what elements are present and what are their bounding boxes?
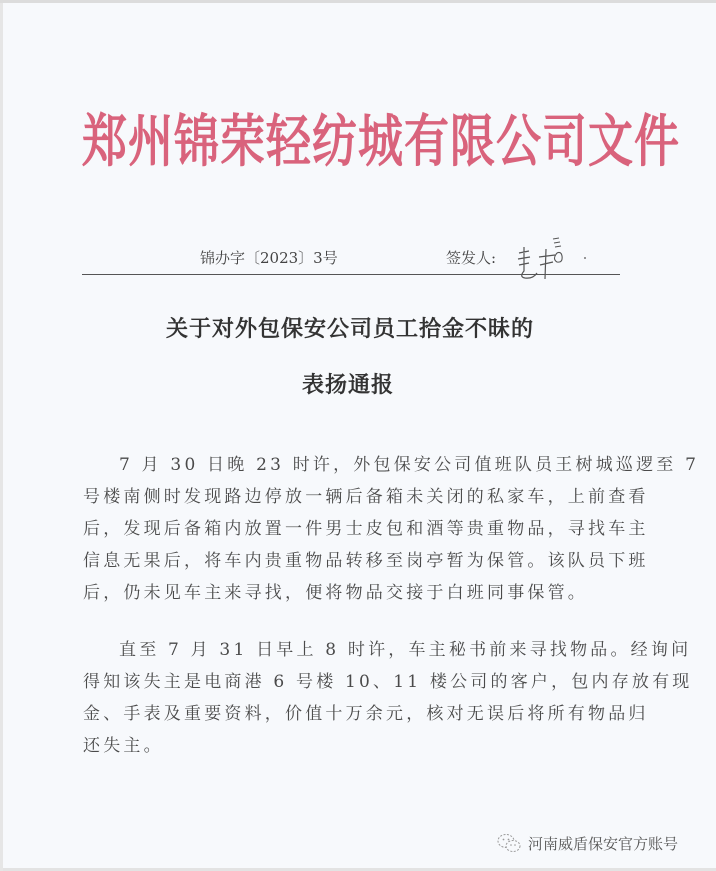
page-edge bbox=[0, 3, 3, 871]
paragraph-line: 得知该失主是电商港 6 号楼 10、11 楼公司的客户，包内存放有现 bbox=[83, 666, 623, 698]
document-title-line-1: 关于对外包保安公司员工拾金不昧的 bbox=[0, 312, 708, 343]
body-paragraph-1: 7 月 30 日晚 23 时许，外包保安公司值班队员王树城巡逻至 7 号楼南侧时… bbox=[83, 449, 623, 609]
document-header-title: 郑州锦荣轻纺城有限公司文件 bbox=[82, 109, 642, 174]
body-paragraph-2: 直至 7 月 31 日早上 8 时许，车主秘书前来寻找物品。经询问 得知该失主是… bbox=[83, 634, 623, 762]
wechat-watermark: 河南威盾保安官方账号 bbox=[496, 832, 678, 854]
paragraph-line: 后，仍未见车主来寻找，便将物品交接于白班同事保管。 bbox=[83, 577, 623, 609]
paragraph-line: 后，发现后备箱内放置一件男士皮包和酒等贵重物品，寻找车主 bbox=[83, 513, 623, 545]
paragraph-line: 金、手表及重要资料，价值十万余元，核对无误后将所有物品归 bbox=[83, 698, 623, 730]
paragraph-line: 号楼南侧时发现路边停放一辆后备箱未关闭的私家车，上前查看 bbox=[83, 481, 623, 513]
signature-dot bbox=[584, 257, 586, 259]
paragraph-line: 还失主。 bbox=[83, 730, 623, 762]
paragraph-line: 直至 7 月 31 日早上 8 时许，车主秘书前来寻找物品。经询问 bbox=[83, 634, 623, 666]
document-title-line-2: 表扬通报 bbox=[0, 368, 706, 399]
watermark-text: 河南威盾保安官方账号 bbox=[528, 833, 678, 854]
paragraph-line: 7 月 30 日晚 23 时许，外包保安公司值班队员王树城巡逻至 7 bbox=[83, 449, 623, 481]
paragraph-line: 信息无果后，将车内贵重物品转移至岗亭暂为保管。该队员下班 bbox=[83, 545, 623, 577]
document-page: 郑州锦荣轻纺城有限公司文件 锦办字〔2023〕3号 签发人: 关于对外包保安公司… bbox=[0, 0, 716, 871]
signer-label: 签发人: bbox=[446, 247, 496, 268]
header-divider bbox=[82, 274, 620, 275]
wechat-icon bbox=[496, 832, 522, 854]
document-number: 锦办字〔2023〕3号 bbox=[200, 247, 338, 268]
